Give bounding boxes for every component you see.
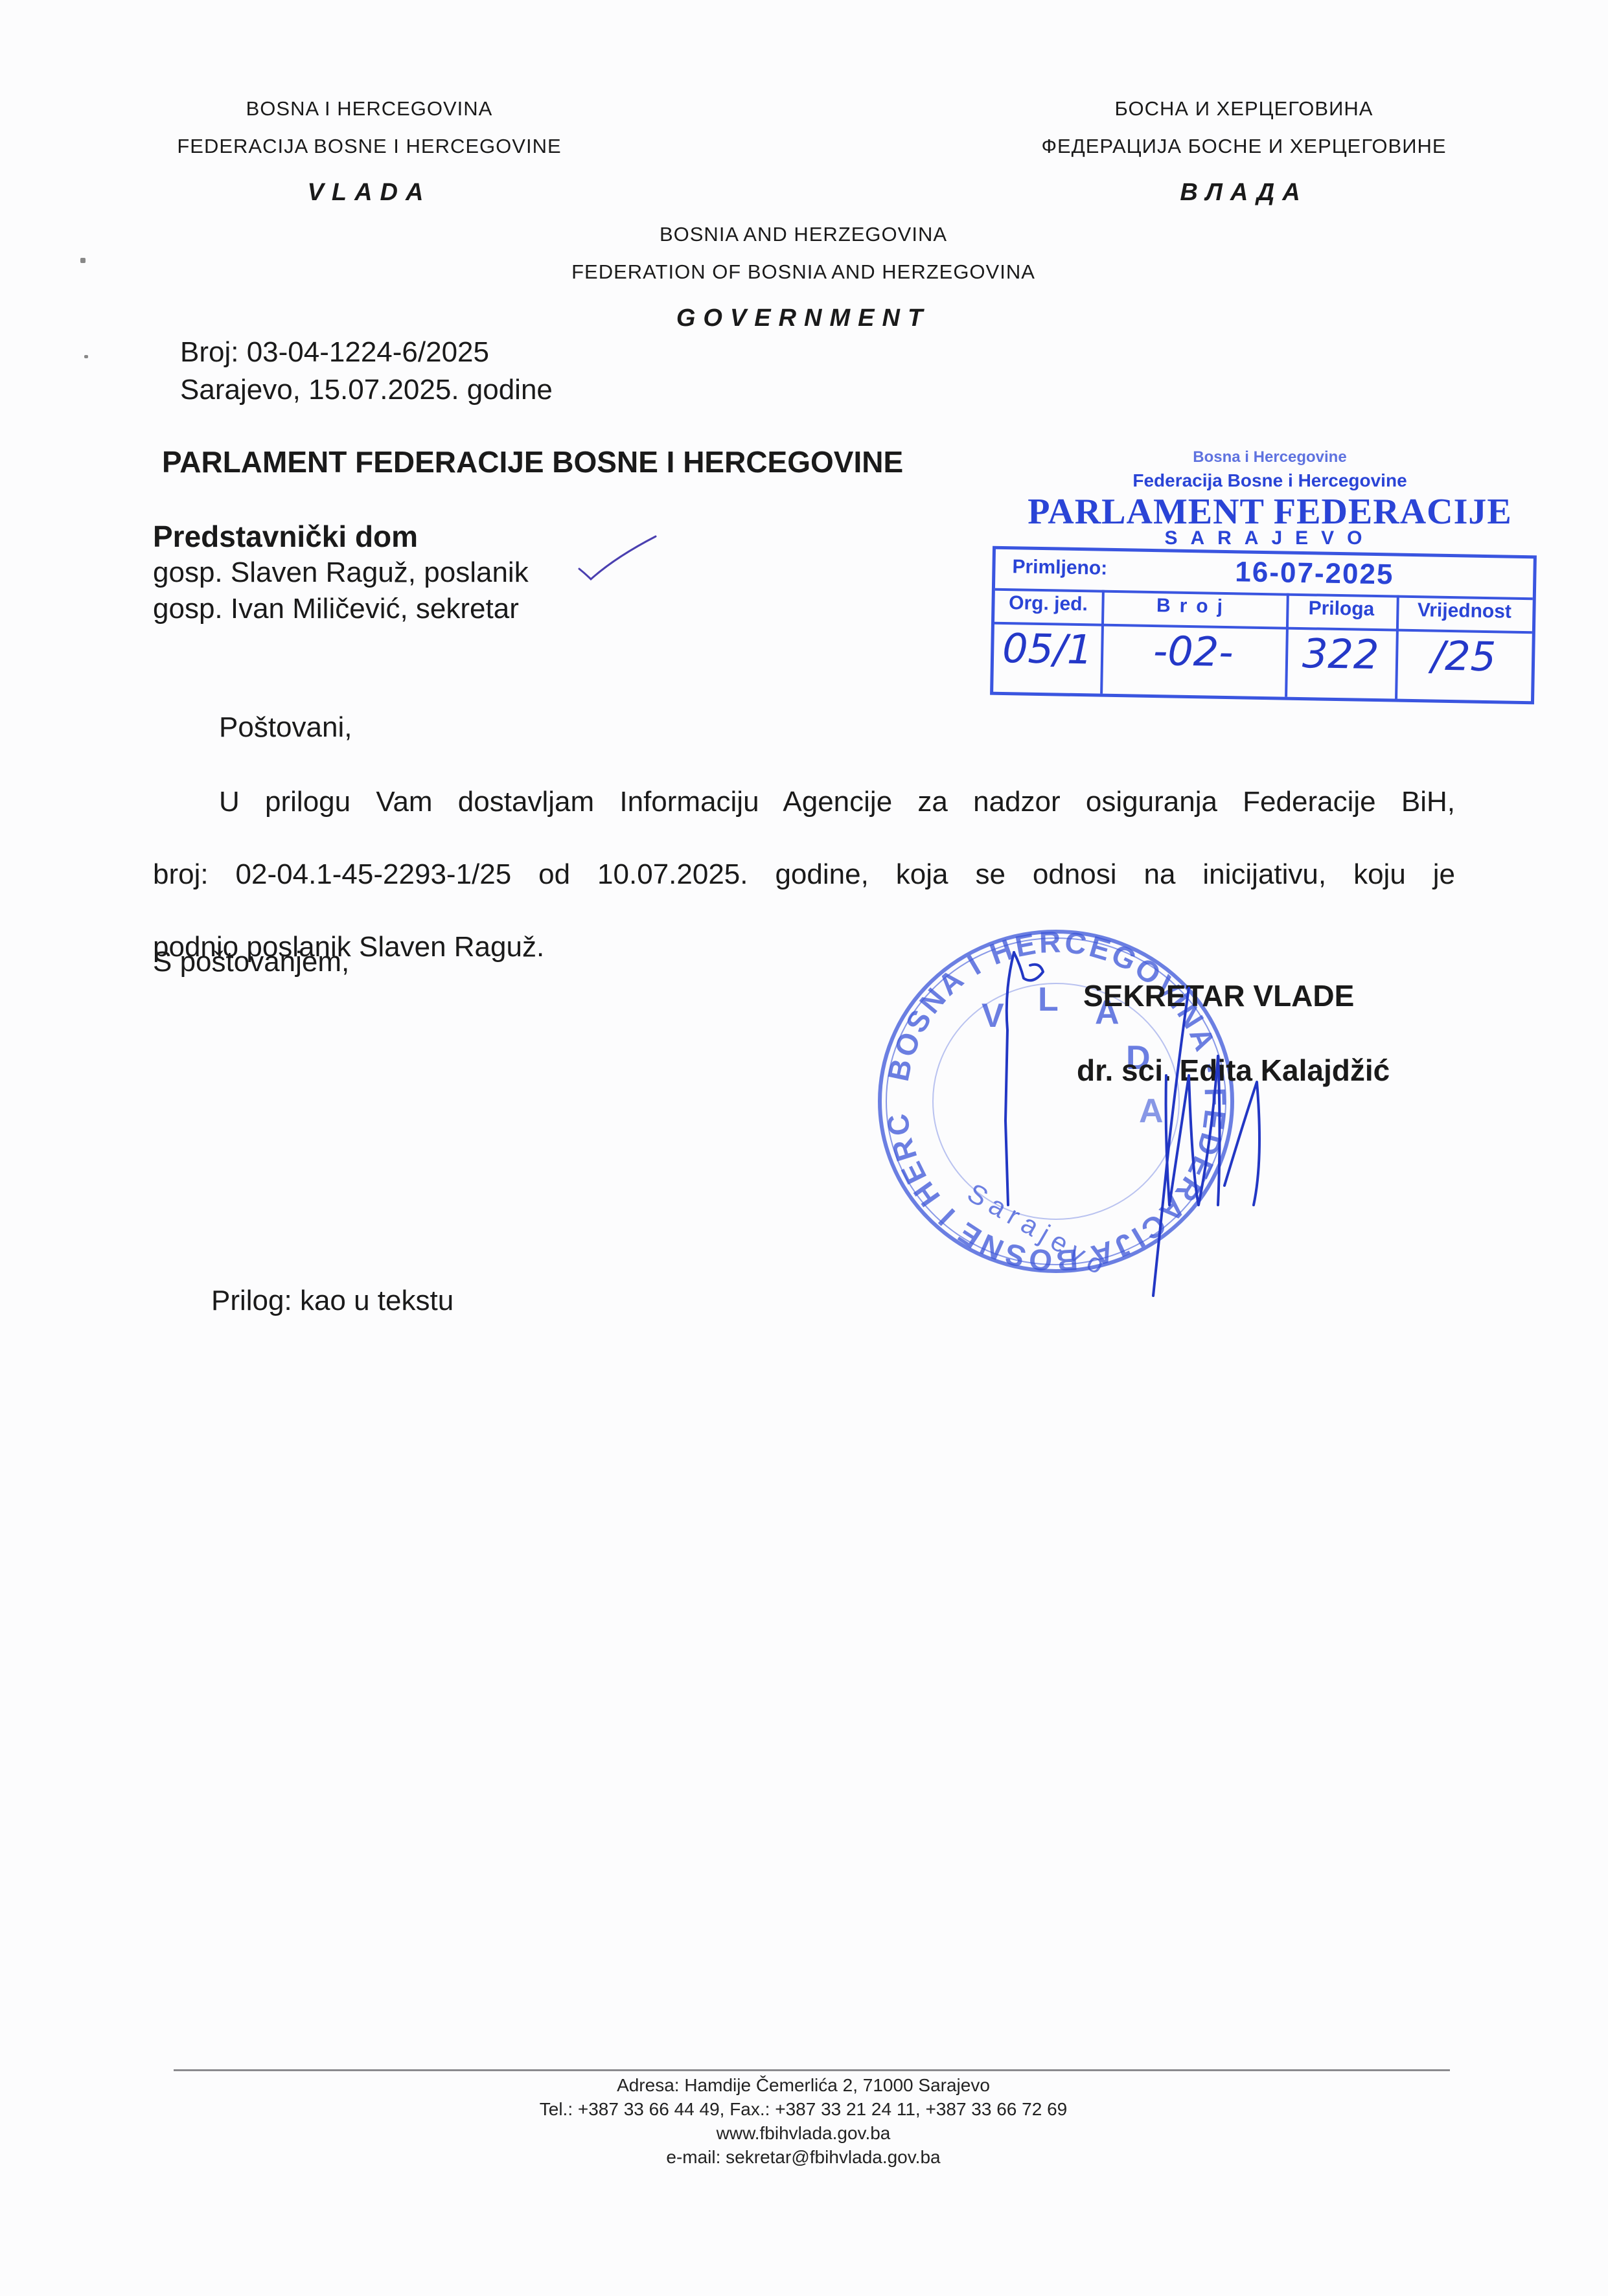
footer-phone: Tel.: +387 33 66 44 49, Fax.: +387 33 21… bbox=[415, 2097, 1192, 2121]
checkmark-icon bbox=[577, 531, 667, 590]
stamp-title: PARLAMENT FEDERACIJE bbox=[1011, 491, 1529, 533]
stamp-col-number: Broj bbox=[1101, 594, 1287, 619]
stamp-registry-table: Primljeno: 16-07-2025 Org. jed. Broj Pri… bbox=[990, 546, 1537, 705]
header-government-title-cyrillic: ВЛАДА bbox=[1024, 179, 1464, 207]
recipient-block: Predstavnički dom gosp. Slaven Raguž, po… bbox=[153, 518, 529, 627]
footer-contact: Adresa: Hamdije Čemerlića 2, 71000 Saraj… bbox=[415, 2073, 1192, 2169]
attachment-note: Prilog: kao u tekstu bbox=[211, 1283, 454, 1319]
footer-divider bbox=[174, 2069, 1450, 2071]
recipient-person: gosp. Ivan Miličević, sekretar bbox=[153, 591, 529, 627]
header-country-english: BOSNIA AND HERZEGOVINA bbox=[538, 223, 1069, 246]
recipient-person: gosp. Slaven Raguž, poslanik bbox=[153, 555, 529, 591]
paragraph-line: U prilogu Vam dostavljam Informaciju Age… bbox=[153, 784, 1455, 856]
header-country: BOSNA I HERCEGOVINA bbox=[149, 97, 590, 121]
document-reference: Broj: 03-04-1224-6/2025 Sarajevo, 15.07.… bbox=[180, 334, 553, 409]
scan-mark bbox=[84, 355, 88, 358]
stamp-val-attachments: 322 bbox=[1285, 630, 1396, 679]
footer-address: Adresa: Hamdije Čemerlića 2, 71000 Saraj… bbox=[415, 2073, 1192, 2097]
stamp-received-date: 16-07-2025 bbox=[1235, 556, 1394, 591]
handwritten-signature bbox=[894, 926, 1348, 1315]
paragraph-line: broj: 02-04.1-45-2293-1/25 od 10.07.2025… bbox=[153, 856, 1455, 929]
stamp-col-org: Org. jed. bbox=[994, 592, 1102, 616]
stamp-val-org: 05/1 bbox=[994, 625, 1101, 674]
stamp-col-value: Vrijednost bbox=[1396, 599, 1533, 624]
recipient-house: Predstavnički dom bbox=[153, 518, 529, 555]
header-government-title-english: GOVERNMENT bbox=[538, 304, 1069, 332]
scan-mark bbox=[80, 258, 86, 263]
reference-number: Broj: 03-04-1224-6/2025 bbox=[180, 334, 553, 371]
salutation: Poštovani, bbox=[219, 709, 352, 746]
stamp-received-label: Primljeno: bbox=[1012, 556, 1107, 580]
header-government-title: VLADA bbox=[149, 179, 590, 207]
header-federation-cyrillic: ФЕДЕРАЦИЈА БОСНЕ И ХЕРЦЕГОВИНЕ bbox=[1024, 135, 1464, 158]
recipient-organization: PARLAMENT FEDERACIJE BOSNE I HERCEGOVINE bbox=[162, 444, 903, 479]
stamp-val-value: /25 bbox=[1396, 632, 1532, 682]
stamp-val-number: -02- bbox=[1101, 626, 1286, 677]
stamp-line: Bosna i Hercegovine bbox=[1108, 448, 1432, 466]
footer-email-link[interactable]: e-mail: sekretar@fbihvlada.gov.ba bbox=[415, 2145, 1192, 2169]
place-date: Sarajevo, 15.07.2025. godine bbox=[180, 371, 553, 409]
stamp-line: Federacija Bosne i Hercegovine bbox=[1050, 470, 1490, 491]
header-federation-english: FEDERATION OF BOSNIA AND HERZEGOVINA bbox=[538, 260, 1069, 284]
stamp-col-attachments: Priloga bbox=[1286, 597, 1397, 621]
footer-website-link[interactable]: www.fbihvlada.gov.ba bbox=[415, 2121, 1192, 2145]
registry-stamp: Bosna i Hercegovine Federacija Bosne i H… bbox=[985, 441, 1555, 726]
closing: S poštovanjem, bbox=[153, 944, 349, 980]
header-federation: FEDERACIJA BOSNE I HERCEGOVINE bbox=[149, 135, 590, 158]
stamp-city: SARAJEVO bbox=[1114, 527, 1425, 549]
header-country-cyrillic: БОСНА И ХЕРЦЕГОВИНА bbox=[1024, 97, 1464, 121]
